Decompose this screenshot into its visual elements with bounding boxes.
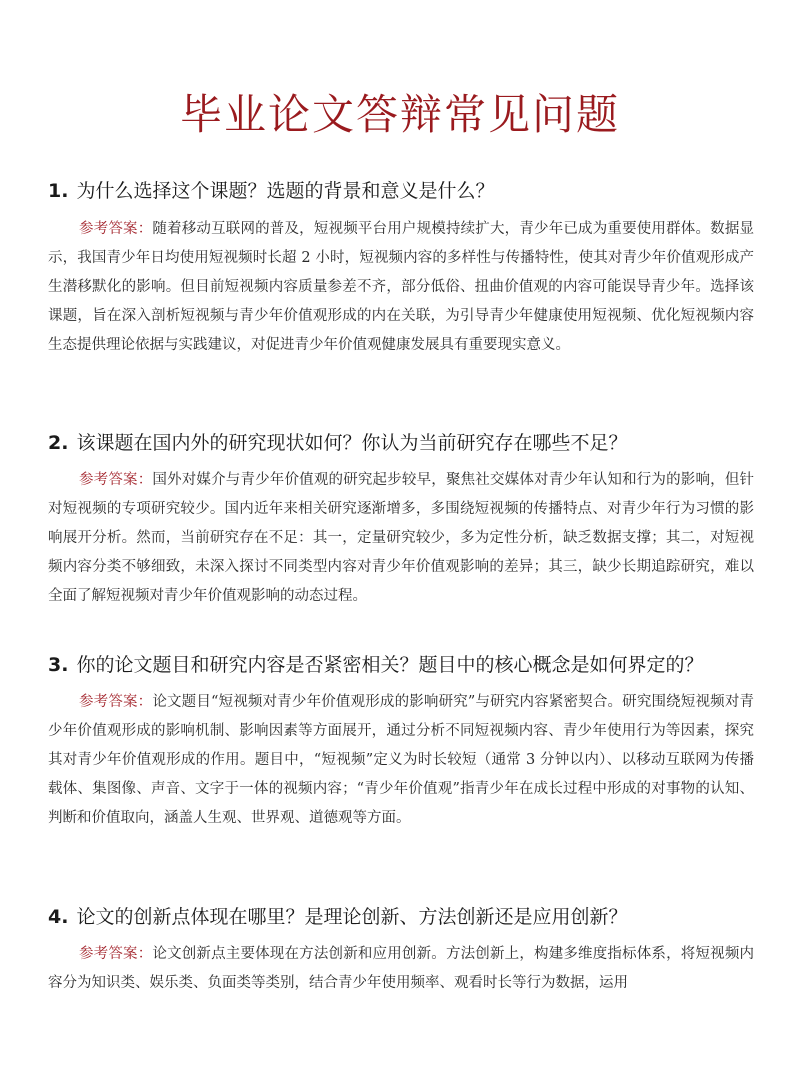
answer-label: 参考答案： [79,694,152,710]
answer-label: 参考答案： [79,946,152,962]
question-number: 1. [48,180,68,202]
answer-text: 国外对媒介与青少年价值观的研究起步较早，聚焦社交媒体对青少年认知和行为的影响，但… [48,472,754,604]
answer-text: 随着移动互联网的普及，短视频平台用户规模持续扩大，青少年已成为重要使用群体。数据… [48,221,754,353]
question-text: 为什么选择这个课题？选题的背景和意义是什么？ [76,180,494,202]
document-page: 毕业论文答辩常见问题 1.为什么选择这个课题？选题的背景和意义是什么？ 参考答案… [0,0,800,1067]
question-text: 论文的创新点体现在哪里？是理论创新、方法创新还是应用创新？ [76,906,627,928]
question-number: 3. [48,654,68,676]
answer-text: 论文题目“短视频对青少年价值观形成的影响研究”与研究内容紧密契合。研究围绕短视频… [48,694,754,826]
question-heading: 1.为什么选择这个课题？选题的背景和意义是什么？ [48,176,768,203]
answer-label: 参考答案： [79,472,152,488]
answer-paragraph: 参考答案：随着移动互联网的普及，短视频平台用户规模持续扩大，青少年已成为重要使用… [48,215,754,360]
answer-label: 参考答案： [79,221,152,237]
answer-paragraph: 参考答案：论文题目“短视频对青少年价值观形成的影响研究”与研究内容紧密契合。研究… [48,688,754,833]
answer-paragraph: 参考答案：国外对媒介与青少年价值观的研究起步较早，聚焦社交媒体对青少年认知和行为… [48,466,754,611]
answer-text: 论文创新点主要体现在方法创新和应用创新。方法创新上，构建多维度指标体系，将短视频… [48,946,754,991]
question-number: 4. [48,906,68,928]
answer-paragraph: 参考答案：论文创新点主要体现在方法创新和应用创新。方法创新上，构建多维度指标体系… [48,940,754,998]
question-text: 该课题在国内外的研究现状如何？你认为当前研究存在哪些不足？ [76,432,627,454]
question-text: 你的论文题目和研究内容是否紧密相关？题目中的核心概念是如何界定的？ [76,654,703,676]
question-heading: 4.论文的创新点体现在哪里？是理论创新、方法创新还是应用创新？ [48,902,768,929]
document-title: 毕业论文答辩常见问题 [0,82,800,142]
question-number: 2. [48,432,68,454]
question-heading: 3.你的论文题目和研究内容是否紧密相关？题目中的核心概念是如何界定的？ [48,650,768,677]
question-heading: 2.该课题在国内外的研究现状如何？你认为当前研究存在哪些不足？ [48,428,768,455]
